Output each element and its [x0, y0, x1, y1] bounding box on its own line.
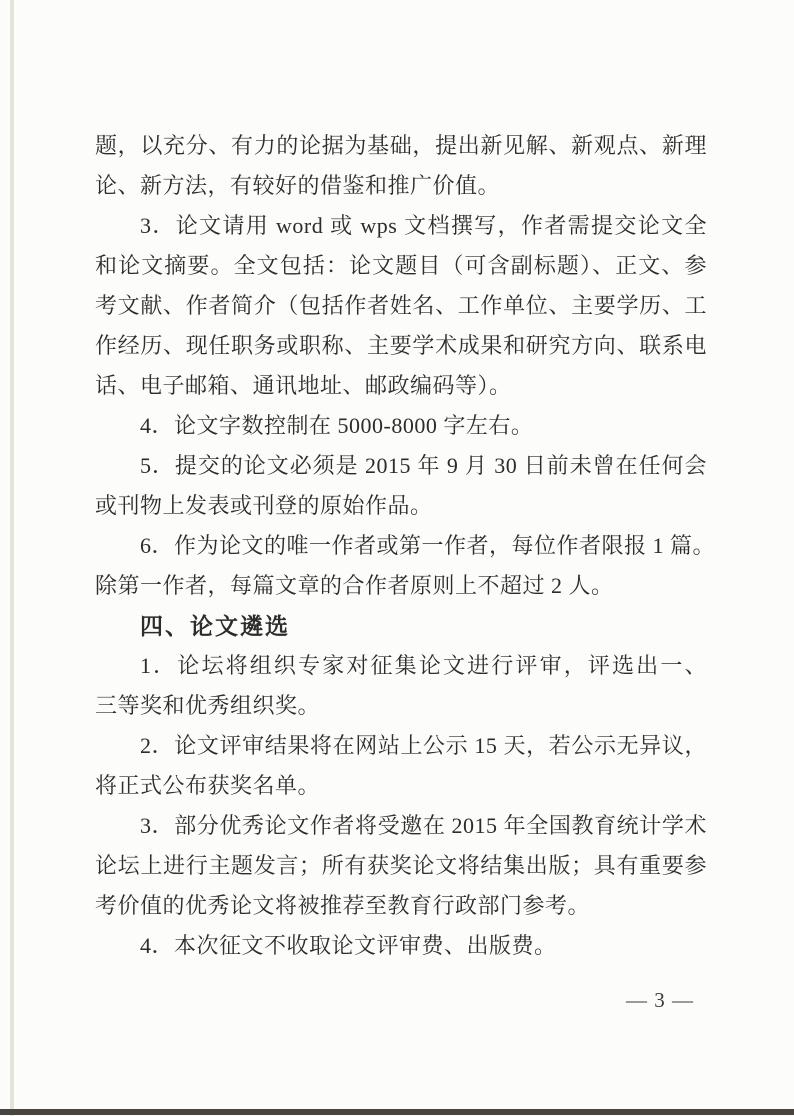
text-line: 5．提交的论文必须是 2015 年 9 月 30 日前未曾在任何会议 [95, 446, 707, 486]
text-line: 考价值的优秀论文将被推荐至教育行政部门参考。 [95, 886, 707, 926]
text-line: 或刊物上发表或刊登的原始作品。 [95, 486, 707, 526]
text-line: 话、电子邮箱、通讯地址、邮政编码等）。 [95, 366, 707, 406]
text-line: 1．论坛将组织专家对征集论文进行评审，评选出一、二、 [95, 646, 707, 686]
text-line: 6．作为论文的唯一作者或第一作者，每位作者限报 1 篇。 [95, 526, 707, 566]
text-line: 题，以充分、有力的论据为基础，提出新见解、新观点、新理 [95, 126, 707, 166]
scan-artifact-bottom-edge-bar [0, 1109, 794, 1115]
scanned-page: 题，以充分、有力的论据为基础，提出新见解、新观点、新理论、新方法，有较好的借鉴和… [0, 0, 794, 1116]
text-line: 考文献、作者简介（包括作者姓名、工作单位、主要学历、工 [95, 286, 707, 326]
document-body: 题，以充分、有力的论据为基础，提出新见解、新观点、新理论、新方法，有较好的借鉴和… [95, 126, 707, 966]
text-line: 4．论文字数控制在 5000-8000 字左右。 [95, 406, 707, 446]
text-line: 论、新方法，有较好的借鉴和推广价值。 [95, 166, 707, 206]
text-line: 三等奖和优秀组织奖。 [95, 686, 707, 726]
text-line: 除第一作者，每篇文章的合作者原则上不超过 2 人。 [95, 566, 707, 606]
page-number: — 3 — [626, 988, 694, 1013]
text-line: 3．部分优秀论文作者将受邀在 2015 年全国教育统计学术 [95, 806, 707, 846]
text-line: 4．本次征文不收取论文评审费、出版费。 [95, 926, 707, 966]
text-line: 作经历、现任职务或职称、主要学术成果和研究方向、联系电 [95, 326, 707, 366]
text-line: 将正式公布获奖名单。 [95, 766, 707, 806]
text-line: 和论文摘要。全文包括：论文题目（可含副标题）、正文、参 [95, 246, 707, 286]
text-line: 3．论文请用 word 或 wps 文档撰写，作者需提交论文全文 [95, 206, 707, 246]
text-line: 论坛上进行主题发言；所有获奖论文将结集出版；具有重要参 [95, 846, 707, 886]
scan-artifact-left-crease [10, 0, 14, 1116]
section-heading: 四、论文遴选 [95, 606, 707, 646]
text-line: 2．论文评审结果将在网站上公示 15 天，若公示无异议， [95, 726, 707, 766]
